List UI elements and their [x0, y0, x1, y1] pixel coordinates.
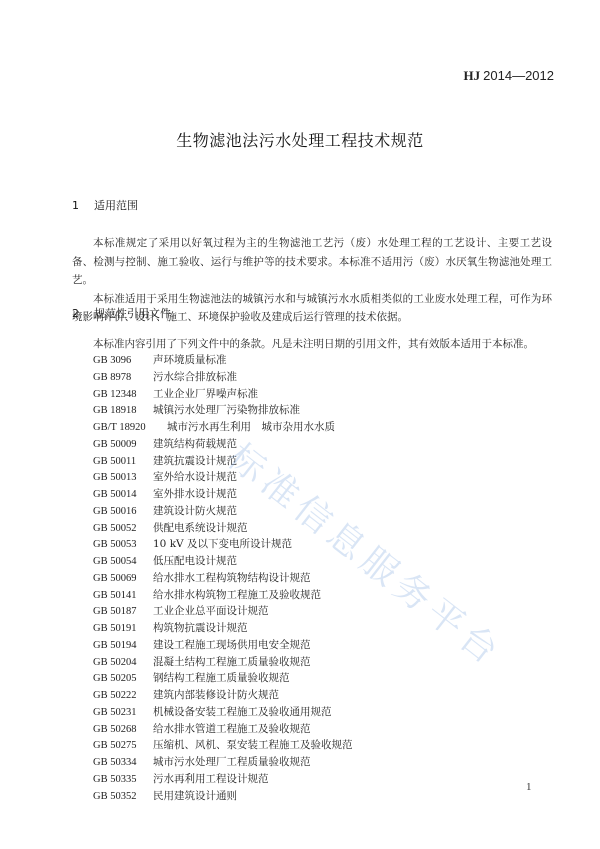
reference-code: GB 50053 — [93, 537, 145, 554]
reference-item: GB 50013室外给水设计规范 — [93, 469, 353, 486]
reference-code: GB 50191 — [93, 621, 145, 638]
reference-title: 城市污水处理厂工程质量验收规范 — [153, 756, 311, 768]
document-title: 生物滤池法污水处理工程技术规范 — [0, 128, 600, 151]
reference-title: 城镇污水处理厂污染物排放标准 — [153, 404, 300, 416]
reference-code: GB 50231 — [93, 705, 145, 722]
reference-title: 低压配电设计规范 — [153, 555, 237, 567]
reference-item: GB 3096声环境质量标准 — [93, 352, 353, 369]
reference-title: 建筑内部装修设计防火规范 — [153, 689, 279, 701]
reference-code: GB 8978 — [93, 370, 145, 387]
reference-item: GB 50011建筑抗震设计规范 — [93, 453, 353, 470]
reference-title: 室外排水设计规范 — [153, 488, 237, 500]
reference-item: GB 50016建筑设计防火规范 — [93, 503, 353, 520]
reference-code: GB 50352 — [93, 789, 145, 806]
reference-item: GB 50194建设工程施工现场供用电安全规范 — [93, 637, 353, 654]
reference-title: 建筑结构荷载规范 — [153, 438, 237, 450]
reference-code: GB 50016 — [93, 504, 145, 521]
reference-title: 机械设备安装工程施工及验收通用规范 — [153, 706, 332, 718]
standard-code: HJ2014—2012 — [464, 68, 554, 84]
reference-title: 城市污水再生利用 城市杂用水水质 — [167, 421, 335, 433]
reference-item: GB 50352民用建筑设计通则 — [93, 788, 353, 805]
reference-item: GB 50231机械设备安装工程施工及验收通用规范 — [93, 704, 353, 721]
reference-code: GB 50054 — [93, 554, 145, 571]
section-heading-references: 2规范性引用文件 — [72, 305, 171, 321]
reference-item: GB 50275压缩机、风机、泵安装工程施工及验收规范 — [93, 737, 353, 754]
page-number: 1 — [526, 781, 532, 793]
reference-item: GB 50052供配电系统设计规范 — [93, 520, 353, 537]
reference-item: GB 50222建筑内部装修设计防火规范 — [93, 687, 353, 704]
reference-code: GB/T 18920 — [93, 420, 159, 437]
reference-title: 压缩机、风机、泵安装工程施工及验收规范 — [153, 739, 353, 751]
reference-title: 10 kV 及以下变电所设计规范 — [153, 538, 292, 550]
reference-title: 污水综合排放标准 — [153, 371, 237, 383]
reference-code: GB 12348 — [93, 387, 145, 404]
reference-code: GB 50141 — [93, 588, 145, 605]
reference-code: GB 50187 — [93, 604, 145, 621]
reference-item: GB/T 18920城市污水再生利用 城市杂用水水质 — [93, 419, 353, 436]
reference-title: 钢结构工程施工质量验收规范 — [153, 672, 290, 684]
reference-code: GB 50052 — [93, 521, 145, 538]
reference-title: 给水排水构筑物工程施工及验收规范 — [153, 589, 321, 601]
reference-title: 供配电系统设计规范 — [153, 522, 248, 534]
reference-title: 污水再利用工程设计规范 — [153, 773, 269, 785]
reference-code: GB 50014 — [93, 487, 145, 504]
reference-item: GB 50009建筑结构荷载规范 — [93, 436, 353, 453]
reference-title: 民用建筑设计通则 — [153, 790, 237, 802]
reference-title: 建设工程施工现场供用电安全规范 — [153, 639, 311, 651]
reference-item: GB 50069给水排水工程构筑物结构设计规范 — [93, 570, 353, 587]
reference-title: 给水排水工程构筑物结构设计规范 — [153, 572, 311, 584]
reference-list: GB 3096声环境质量标准GB 8978污水综合排放标准GB 12348工业企… — [93, 352, 353, 804]
reference-code: GB 18918 — [93, 403, 145, 420]
standard-number: 2014—2012 — [483, 68, 554, 83]
reference-title: 声环境质量标准 — [153, 354, 227, 366]
reference-item: GB 50205钢结构工程施工质量验收规范 — [93, 670, 353, 687]
reference-item: GB 50335污水再利用工程设计规范 — [93, 771, 353, 788]
reference-item: GB 50268给水排水管道工程施工及验收规范 — [93, 721, 353, 738]
reference-item: GB 50204混凝土结构工程施工质量验收规范 — [93, 654, 353, 671]
reference-title: 工业企业总平面设计规范 — [153, 605, 269, 617]
reference-code: GB 50275 — [93, 738, 145, 755]
reference-item: GB 50187工业企业总平面设计规范 — [93, 603, 353, 620]
reference-code: GB 50335 — [93, 772, 145, 789]
reference-code: GB 50334 — [93, 755, 145, 772]
paragraph: 本标准规定了采用以好氧过程为主的生物滤池工艺污（废）水处理工程的工艺设计、主要工… — [72, 234, 552, 290]
reference-item: GB 50141给水排水构筑物工程施工及验收规范 — [93, 587, 353, 604]
reference-item: GB 18918城镇污水处理厂污染物排放标准 — [93, 402, 353, 419]
reference-code: GB 50009 — [93, 437, 145, 454]
reference-title: 混凝土结构工程施工质量验收规范 — [153, 656, 311, 668]
reference-code: GB 50013 — [93, 470, 145, 487]
reference-code: GB 50222 — [93, 688, 145, 705]
reference-item: GB 5005310 kV 及以下变电所设计规范 — [93, 536, 353, 553]
references-intro: 本标准内容引用了下列文件中的条款。凡是未注明日期的引用文件，其有效版本适用于本标… — [93, 336, 534, 351]
reference-code: GB 50011 — [93, 454, 145, 471]
section-number: 1 — [72, 199, 94, 212]
reference-title: 室外给水设计规范 — [153, 471, 237, 483]
reference-code: GB 3096 — [93, 353, 145, 370]
reference-item: GB 50191构筑物抗震设计规范 — [93, 620, 353, 637]
reference-item: GB 12348工业企业厂界噪声标准 — [93, 386, 353, 403]
reference-item: GB 50334城市污水处理厂工程质量验收规范 — [93, 754, 353, 771]
standard-prefix: HJ — [464, 68, 481, 83]
reference-code: GB 50069 — [93, 571, 145, 588]
reference-code: GB 50205 — [93, 671, 145, 688]
reference-item: GB 8978污水综合排放标准 — [93, 369, 353, 386]
reference-code: GB 50204 — [93, 655, 145, 672]
section-heading-scope: 1适用范围 — [72, 197, 138, 213]
section-title: 适用范围 — [94, 199, 138, 212]
reference-code: GB 50268 — [93, 722, 145, 739]
section-number: 2 — [72, 307, 94, 320]
reference-title: 建筑抗震设计规范 — [153, 455, 237, 467]
section-title: 规范性引用文件 — [94, 307, 171, 320]
reference-title: 构筑物抗震设计规范 — [153, 622, 248, 634]
reference-title: 建筑设计防火规范 — [153, 505, 237, 517]
reference-item: GB 50054低压配电设计规范 — [93, 553, 353, 570]
reference-title: 工业企业厂界噪声标准 — [153, 388, 258, 400]
reference-code: GB 50194 — [93, 638, 145, 655]
reference-item: GB 50014室外排水设计规范 — [93, 486, 353, 503]
reference-title: 给水排水管道工程施工及验收规范 — [153, 723, 311, 735]
